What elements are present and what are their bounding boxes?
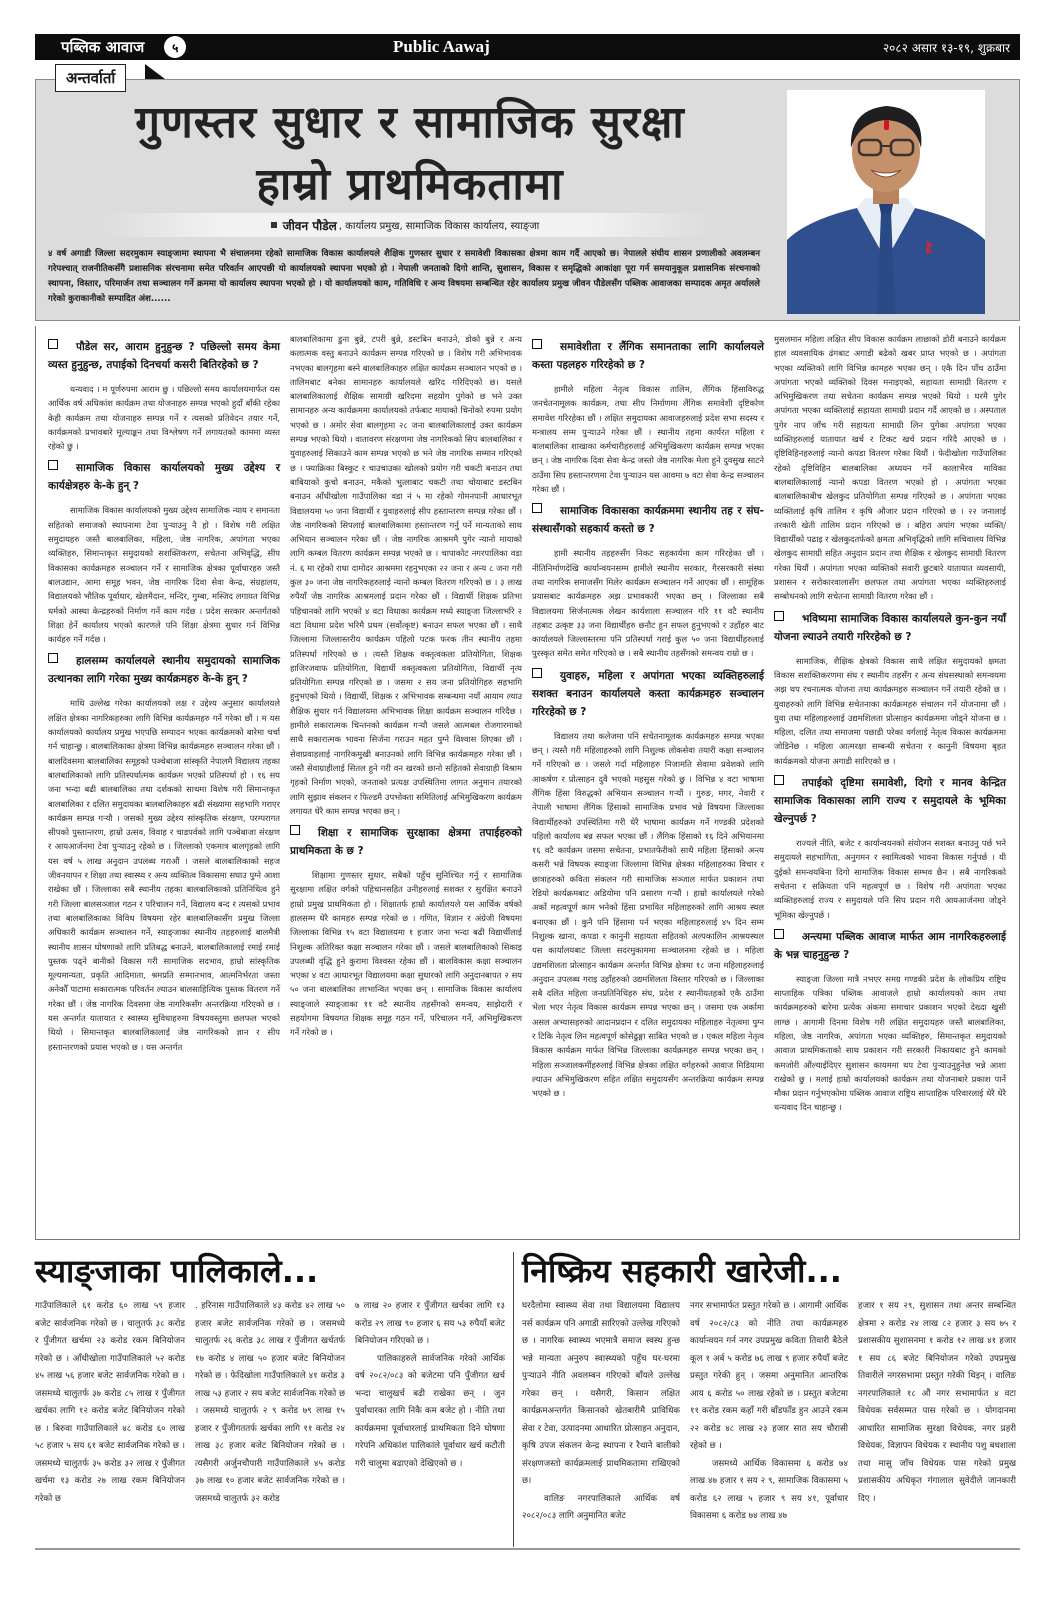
story-columns: घरदैलोमा स्वास्थ्य सेवा तथा विद्यालयमा व…	[522, 1298, 1018, 1526]
question: समावेशीता र लैंगिक समानताका लागि कार्याल…	[532, 338, 764, 374]
question: तपाईको दृष्टिमा समावेशी, दिगो र मानव केन…	[774, 774, 1006, 828]
answer-paragraph: मुसलमान महिला लक्षित सीप विकास कार्यक्रम…	[774, 332, 1006, 604]
story-syangja-palika: स्याङ्जाका पालिकाले... गाउँपालिकाले ६१ क…	[35, 1250, 505, 1508]
story-column-2: . हरिनास गाउँपालिकाले ४३ करोड ४२ लाख ५० …	[195, 1298, 345, 1508]
section-tag-triangle	[145, 64, 165, 79]
byline-name: जीवन पौडेल	[283, 217, 337, 234]
answer-paragraph: विद्यालय तथा कलेजमा पनि सचेतनामूलक कार्य…	[532, 729, 764, 1101]
portrait-illustration	[787, 90, 985, 314]
answer-paragraph: स्याङ्जा जिल्ला मात्रै नभएर समग्र गण्डकी…	[774, 972, 1006, 1115]
masthead: पब्लिक आवाज ५ Public Aawaj २०८२ असार १३-…	[35, 34, 1020, 60]
checkbox-bullet-icon	[774, 611, 784, 621]
story-column-1: घरदैलोमा स्वास्थ्य सेवा तथा विद्यालयमा व…	[522, 1298, 680, 1526]
checkbox-bullet-icon	[774, 929, 784, 939]
checkbox-bullet-icon	[532, 339, 542, 349]
story-title: स्याङ्जाका पालिकाले...	[35, 1250, 505, 1292]
answer-paragraph: माथि उल्लेख गरेका कार्यालयको लक्ष र उद्द…	[48, 696, 280, 1053]
answer-paragraph: सामाजिक विकास कार्यालयको मुख्य उद्देश्य …	[48, 503, 280, 646]
question: हालसम्म कार्यालयले स्थानीय समुदायको सामा…	[48, 652, 280, 688]
column-divider	[513, 1252, 514, 1547]
answer-paragraph: राज्यले नीति, बजेट र कार्यान्वयनको संयोज…	[774, 836, 1006, 922]
interview-column-2: बालबालिकामा डुना बुन्ने, टपरी बुन्ने, डस…	[290, 332, 522, 1046]
story-column-1: गाउँपालिकाले ६१ करोड ६० लाख ५९ हजार बजेट…	[35, 1298, 185, 1508]
portrait-photo	[787, 90, 985, 314]
headline-line-2: हाम्रो प्राथमिकतामा	[60, 154, 760, 216]
story-title: निष्क्रिय सहकारी खारेजी...	[522, 1250, 1018, 1292]
story-column-3: ७ लाख २० हजार र पुँजीगत खर्चका लागि १३ क…	[355, 1298, 505, 1508]
story-columns: गाउँपालिकाले ६१ करोड ६० लाख ५९ हजार बजेट…	[35, 1298, 505, 1508]
story-column-3: हजार १ सय २९, सुशासन तथा अन्तर सम्बन्धित…	[858, 1298, 1016, 1526]
checkbox-bullet-icon	[532, 503, 542, 513]
page-bottom-rule	[35, 1548, 1020, 1550]
bullet-icon	[271, 222, 277, 228]
question: भविष्यमा सामाजिक विकास कार्यालयले कुन-कु…	[774, 610, 1006, 646]
checkbox-bullet-icon	[48, 653, 58, 663]
headline: गुणस्तर सुधार र सामाजिक सुरक्षा हाम्रो प…	[60, 92, 760, 216]
answer-paragraph: शिक्षामा गुणस्तर सुधार, सबैको पहुँच सुनि…	[290, 868, 522, 1040]
question: सामाजिक विकास कार्यालयको मुख्य उद्देश्य …	[48, 459, 280, 495]
checkbox-bullet-icon	[48, 460, 58, 470]
checkbox-bullet-icon	[774, 775, 784, 785]
answer-paragraph: सामाजिक, शैक्षिक क्षेत्रको विकास साथै लक…	[774, 654, 1006, 768]
paper-name-english: Public Aawaj	[393, 37, 490, 57]
answer-paragraph: हामीले महिला नेतृत्व विकास तालिम, लैंगिक…	[532, 382, 764, 496]
byline-role: , कार्यालय प्रमुख, सामाजिक विकास कार्याल…	[339, 218, 539, 232]
interview-column-4: मुसलमान महिला लक्षित सीप विकास कार्यक्रम…	[774, 332, 1006, 1121]
story-inactive-cooperative: निष्क्रिय सहकारी खारेजी... घरदैलोमा स्वा…	[522, 1250, 1018, 1526]
issue-date: २०८२ असार १३-१९, शुक्रबार	[883, 39, 1010, 56]
question: पौडेल सर, आराम हुनुहुन्छ ? पछिल्लो समय क…	[48, 338, 280, 374]
question: अन्त्यमा पब्लिक आवाज मार्फत आम नागरिकहरु…	[774, 928, 1006, 964]
page-number-badge: ५	[164, 36, 186, 58]
byline: जीवन पौडेल , कार्यालय प्रमुख, सामाजिक वि…	[100, 213, 710, 237]
question: युवाहरु, महिला र अपांगता भएका व्यक्तिहरु…	[532, 667, 764, 721]
story-column-2: नगर सभामार्फत प्रस्तुत गरेको छ । आगामी आ…	[690, 1298, 848, 1526]
checkbox-bullet-icon	[290, 825, 300, 835]
question: शिक्षा र सामाजिक सुरक्षाका क्षेत्रमा तपा…	[290, 824, 522, 860]
headline-line-1: गुणस्तर सुधार र सामाजिक सुरक्षा	[60, 92, 760, 154]
answer-paragraph: बालबालिकामा डुना बुन्ने, टपरी बुन्ने, डस…	[290, 332, 522, 818]
paper-name: पब्लिक आवाज	[61, 37, 144, 57]
checkbox-bullet-icon	[48, 339, 58, 349]
answer-paragraph: धन्यवाद । म पूर्णरुपमा आराम छु । पछिल्लो…	[48, 382, 280, 453]
interview-column-1: पौडेल सर, आराम हुनुहुन्छ ? पछिल्लो समय क…	[48, 332, 280, 1060]
question: सामाजिक विकासका कार्यक्रममा स्थानीय तह र…	[532, 502, 764, 538]
intro-paragraph: ४ वर्ष अगाडी जिल्ला सदरमुकाम स्याङ्जामा …	[48, 247, 760, 307]
section-tag: अन्तर्वार्ता	[55, 64, 126, 92]
answer-paragraph: हामी स्थानीय तहहरुसँग निकट सहकार्यमा काम…	[532, 546, 764, 660]
interview-column-3: समावेशीता र लैंगिक समानताका लागि कार्याल…	[532, 332, 764, 1106]
checkbox-bullet-icon	[532, 668, 542, 678]
